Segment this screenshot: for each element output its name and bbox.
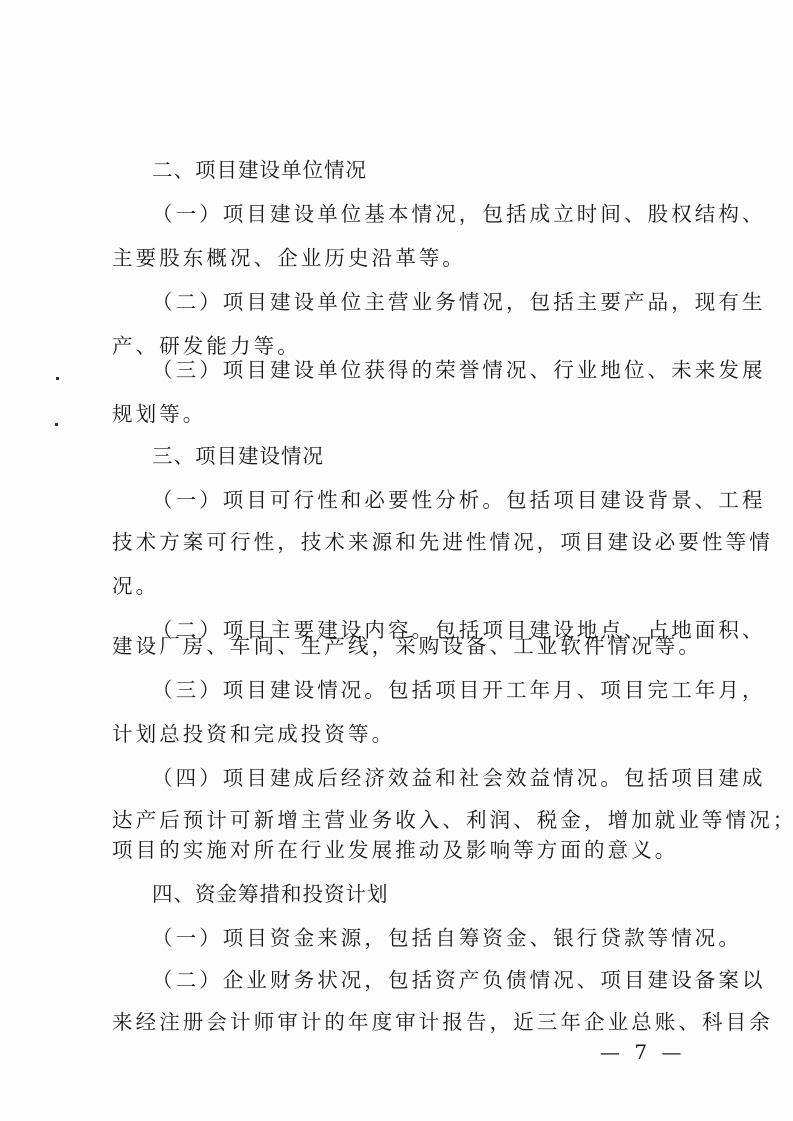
- document-page: 二、项目建设单位情况 （一）项目建设单位基本情况，包括成立时间、股权结构、 主要…: [0, 0, 793, 1121]
- paragraph-line: 来经注册会计师审计的年度审计报告，近三年企业总账、科目余: [112, 1008, 692, 1036]
- section-heading: 三、项目建设情况: [152, 442, 324, 470]
- paragraph-line: （三）项目建设单位获得的荣誉情况、行业地位、未来发展: [152, 356, 732, 384]
- paragraph-line: 主要股东概况、企业历史沿革等。: [112, 244, 692, 272]
- paragraph-line: （一）项目资金来源，包括自筹资金、银行贷款等情况。: [152, 924, 732, 952]
- paragraph-line: 况。: [112, 572, 692, 600]
- paragraph-line: 达产后预计可新增主营业务收入、利润、税金，增加就业等情况；: [112, 806, 692, 834]
- paragraph-line: （一）项目建设单位基本情况，包括成立时间、股权结构、: [152, 200, 732, 228]
- paragraph-line: （四）项目建成后经济效益和社会效益情况。包括项目建成: [152, 764, 732, 792]
- paragraph-line: （一）项目可行性和必要性分析。包括项目建设背景、工程: [152, 486, 732, 514]
- margin-mark: [56, 377, 59, 380]
- paragraph-line: （二）项目建设单位主营业务情况，包括主要产品，现有生: [152, 288, 732, 316]
- page-number: — 7 —: [600, 1038, 685, 1066]
- section-heading: 四、资金筹措和投资计划: [152, 880, 389, 908]
- margin-mark: [55, 423, 58, 426]
- section-heading: 二、项目建设单位情况: [152, 156, 367, 184]
- paragraph-line: 计划总投资和完成投资等。: [112, 720, 692, 748]
- paragraph-line: 项目的实施对所在行业发展推动及影响等方面的意义。: [112, 836, 692, 864]
- paragraph-line: （三）项目建设情况。包括项目开工年月、项目完工年月，: [152, 676, 732, 704]
- paragraph-line: 规划等。: [112, 400, 692, 428]
- paragraph-line: 建设厂房、车间、生产线，采购设备、工业软件情况等。: [112, 632, 692, 660]
- paragraph-line: 技术方案可行性，技术来源和先进性情况，项目建设必要性等情: [112, 528, 692, 556]
- paragraph-line: （二）企业财务状况，包括资产负债情况、项目建设备案以: [152, 966, 732, 994]
